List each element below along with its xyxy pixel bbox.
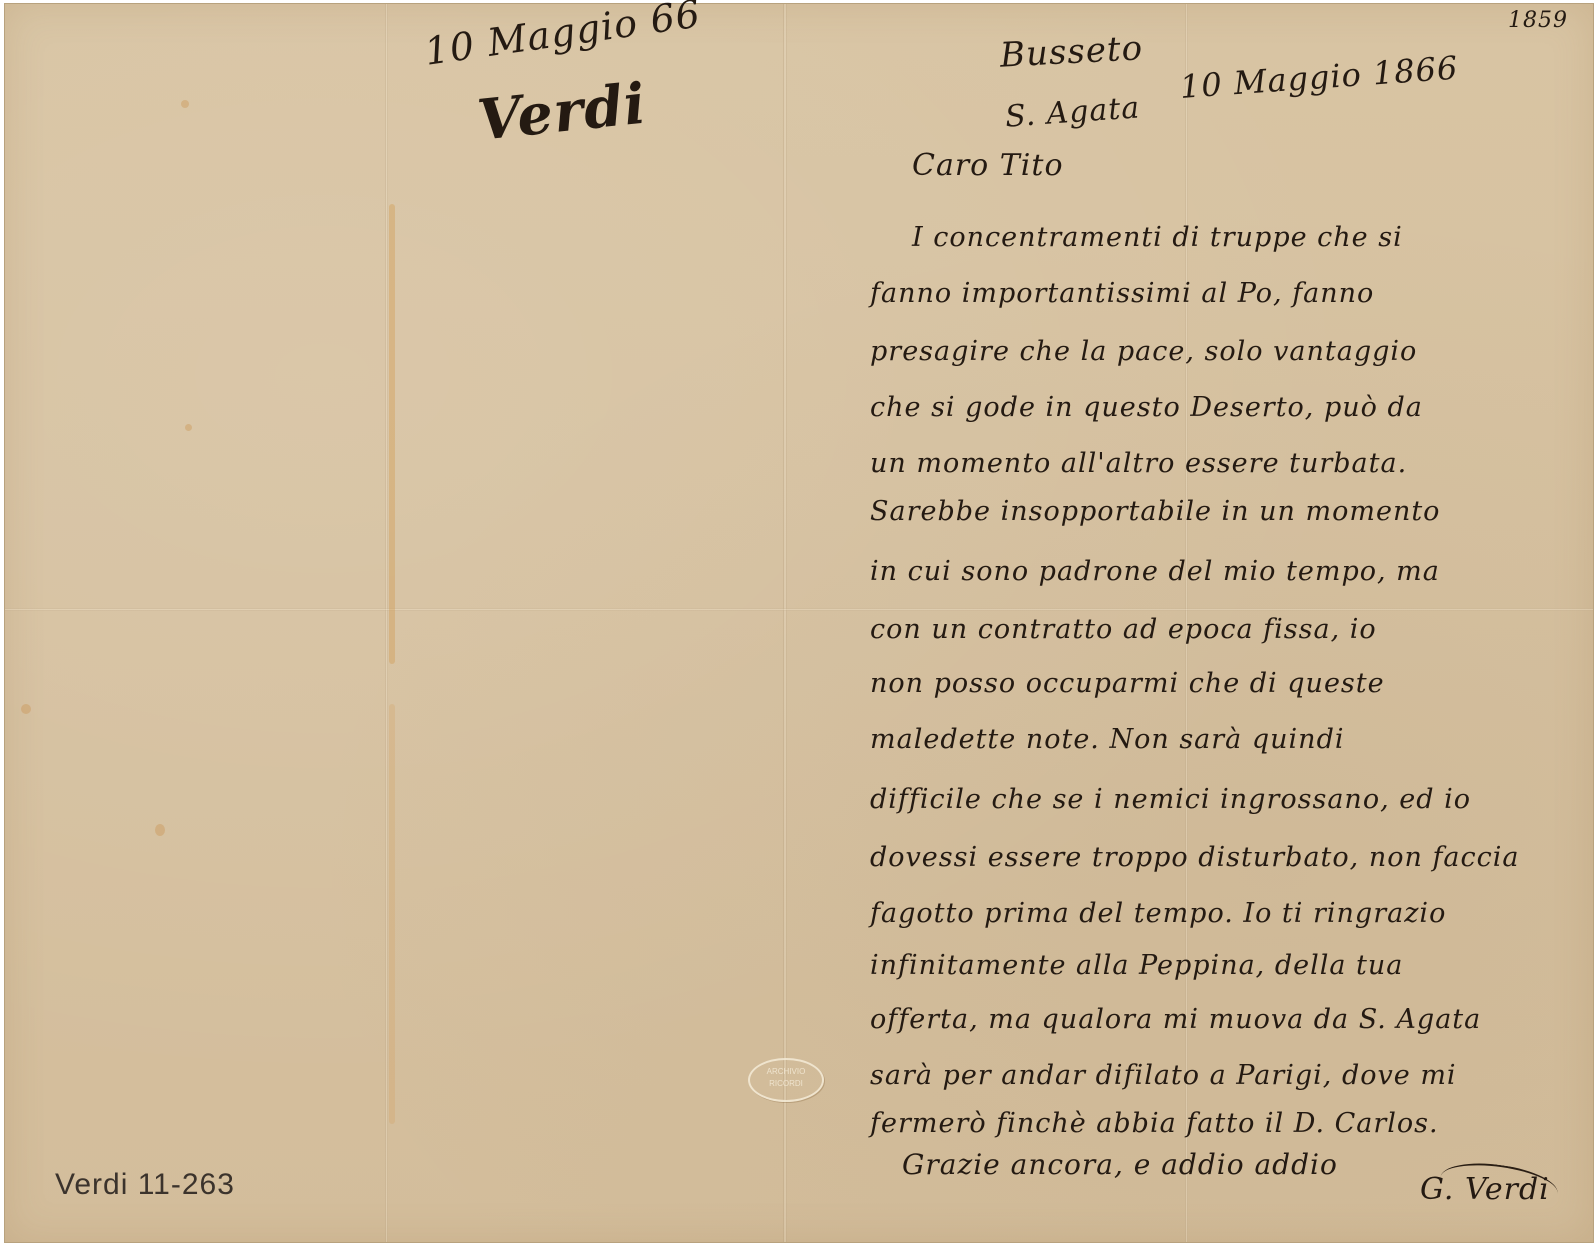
body-line: un momento all'altro essere turbata. xyxy=(870,448,1407,479)
body-line: Sarebbe insopportabile in un momento xyxy=(870,496,1440,527)
body-line: I concentramenti di truppe che si xyxy=(912,222,1403,253)
body-line: in cui sono padrone del mio tempo, ma xyxy=(870,556,1440,587)
body-line: che si gode in questo Deserto, può da xyxy=(870,392,1423,423)
body-line: sarà per andar difilato a Parigi, dove m… xyxy=(870,1060,1457,1091)
vertical-fold-left xyxy=(385,4,388,1242)
fold-stain xyxy=(389,704,395,1124)
foxing-spot xyxy=(21,704,31,714)
body-line: dovessi essere troppo disturbato, non fa… xyxy=(870,842,1520,873)
body-line: fanno importantissimi al Po, fanno xyxy=(870,278,1374,309)
body-line: presagire che la pace, solo vantaggio xyxy=(870,336,1417,367)
foxing-spot xyxy=(155,824,165,836)
closing-line: Grazie ancora, e addio addio xyxy=(902,1148,1338,1181)
body-line: offerta, ma qualora mi muova da S. Agata xyxy=(870,1004,1481,1035)
horizontal-fold xyxy=(5,608,1593,611)
folio-number: 1859 xyxy=(1508,8,1568,33)
body-line: non posso occuparmi che di queste xyxy=(870,668,1385,699)
body-line: infinitamente alla Peppina, della tua xyxy=(870,950,1403,981)
body-line: fermerò finchè abbia fatto il D. Carlos. xyxy=(870,1108,1439,1139)
body-line: con un contratto ad epoca fissa, io xyxy=(870,614,1377,645)
body-line: maledette note. Non sarà quindi xyxy=(870,724,1344,755)
signature: G. Verdi xyxy=(1420,1172,1550,1207)
foxing-spot xyxy=(181,100,189,108)
salutation: Caro Tito xyxy=(912,148,1064,183)
foxing-spot xyxy=(185,424,192,431)
place-line-1: Busseto xyxy=(999,28,1144,75)
fold-stain xyxy=(389,204,395,664)
archive-reference: Verdi 11-263 xyxy=(55,1168,235,1202)
body-line: fagotto prima del tempo. Io ti ringrazio xyxy=(870,898,1446,929)
body-line: difficile che se i nemici ingrossano, ed… xyxy=(870,784,1471,815)
archive-stamp: ARCHIVIO RICORDI xyxy=(748,1058,824,1102)
center-fold xyxy=(783,4,787,1242)
